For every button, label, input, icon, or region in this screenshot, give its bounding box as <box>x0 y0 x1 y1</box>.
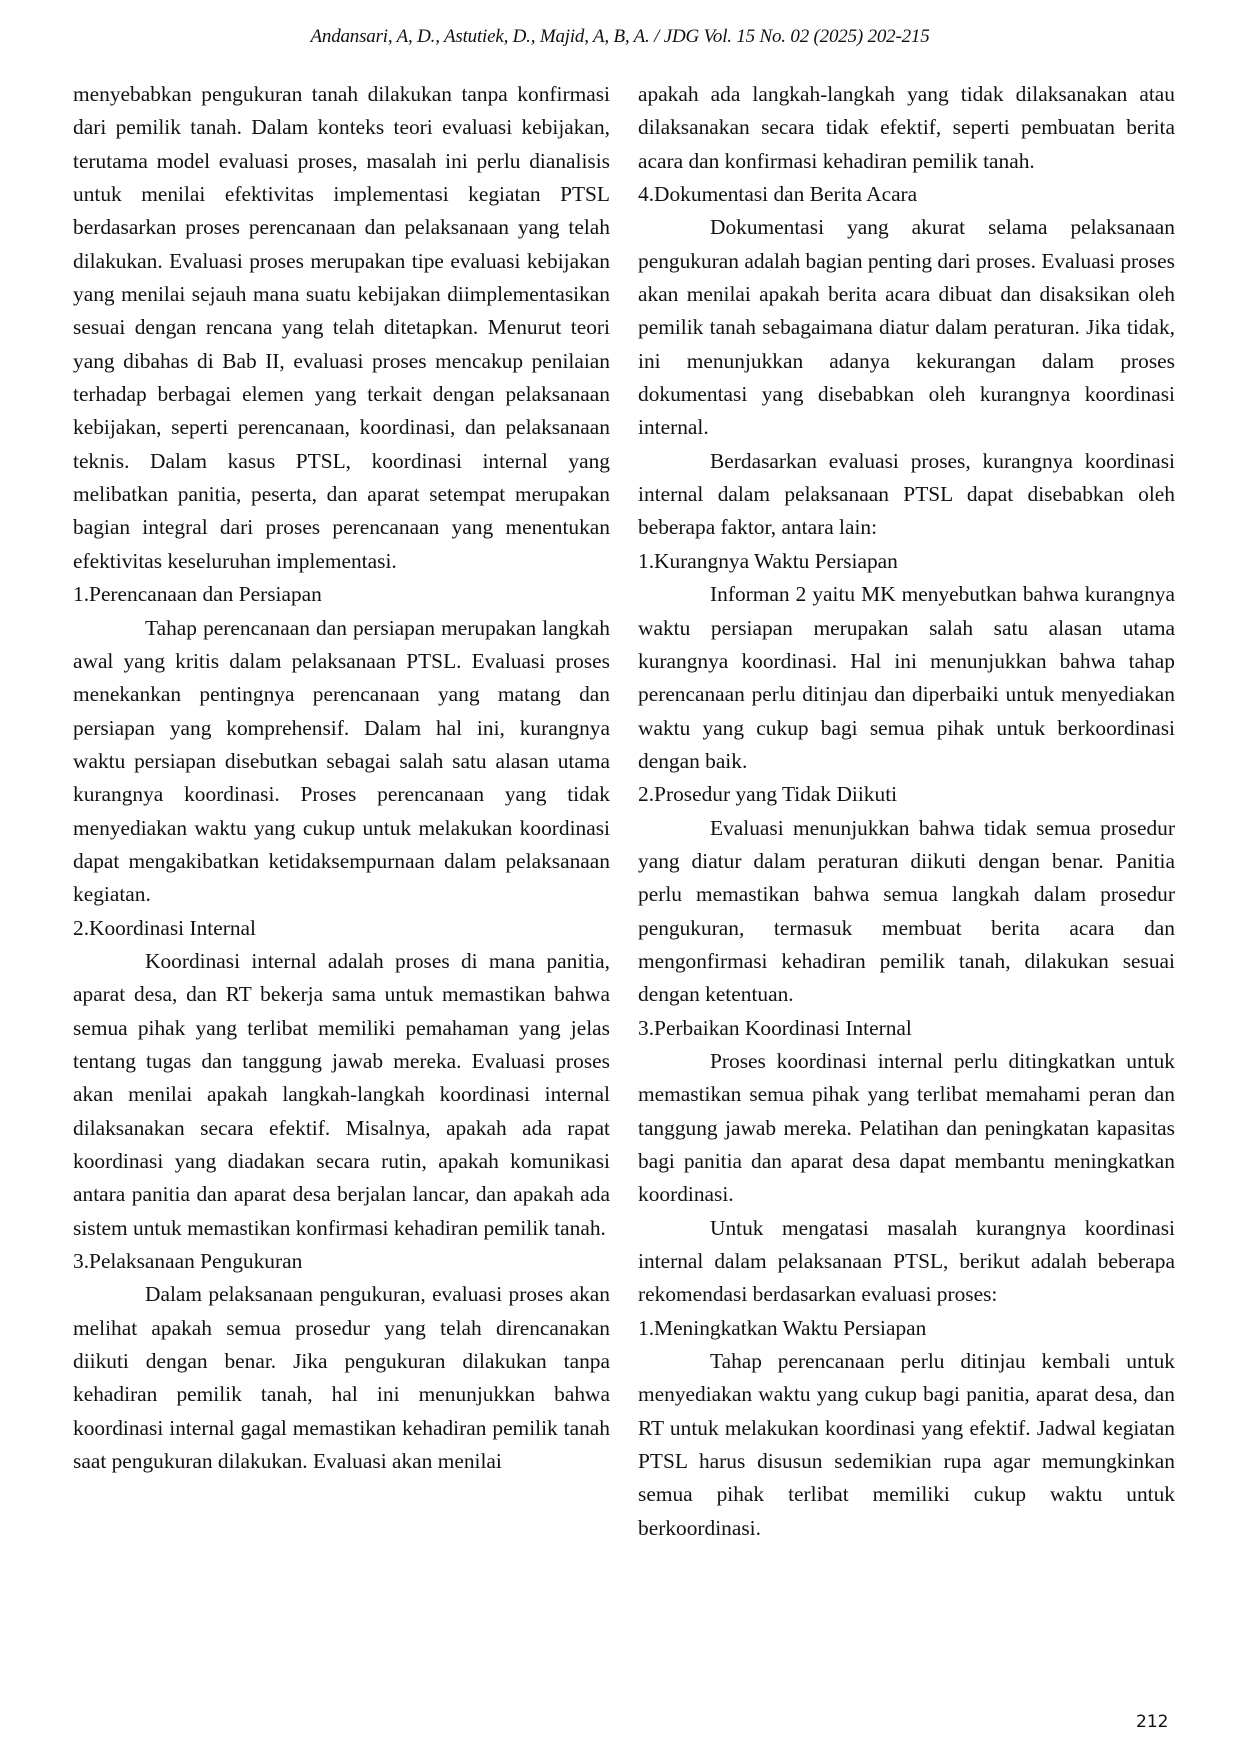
factor-heading-prosedur: 2.Prosedur yang Tidak Diikuti <box>638 778 1175 811</box>
paragraph-pengukuran-continued: apakah ada langkah-langkah yang tidak di… <box>638 78 1175 178</box>
recommendation-heading-waktu: 1.Meningkatkan Waktu Persiapan <box>638 1312 1175 1345</box>
section-heading-koordinasi: 2.Koordinasi Internal <box>73 912 610 945</box>
paragraph-dokumentasi: Dokumentasi yang akurat selama pelaksana… <box>638 211 1175 444</box>
section-heading-dokumentasi: 4.Dokumentasi dan Berita Acara <box>638 178 1175 211</box>
section-heading-pengukuran: 3.Pelaksanaan Pengukuran <box>73 1245 610 1278</box>
factor-heading-waktu: 1.Kurangnya Waktu Persiapan <box>638 545 1175 578</box>
paragraph-factor-perbaikan: Proses koordinasi internal perlu ditingk… <box>638 1045 1175 1212</box>
right-column: apakah ada langkah-langkah yang tidak di… <box>638 78 1175 1545</box>
page-number: 212 <box>1136 1712 1168 1732</box>
paragraph-factor-prosedur: Evaluasi menunjukkan bahwa tidak semua p… <box>638 812 1175 1012</box>
section-heading-perencanaan: 1.Perencanaan dan Persiapan <box>73 578 610 611</box>
paragraph-rekomendasi-intro: Untuk mengatasi masalah kurangnya koordi… <box>638 1212 1175 1312</box>
paragraph-factor-waktu: Informan 2 yaitu MK menyebutkan bahwa ku… <box>638 578 1175 778</box>
factor-heading-perbaikan: 3.Perbaikan Koordinasi Internal <box>638 1012 1175 1045</box>
paragraph-perencanaan: Tahap perencanaan dan persiapan merupaka… <box>73 612 610 912</box>
paragraph-koordinasi: Koordinasi internal adalah proses di man… <box>73 945 610 1245</box>
paragraph-continuation: menyebabkan pengukuran tanah dilakukan t… <box>73 78 610 578</box>
paragraph-pengukuran: Dalam pelaksanaan pengukuran, evaluasi p… <box>73 1278 610 1478</box>
paragraph-faktor-intro: Berdasarkan evaluasi proses, kurangnya k… <box>638 445 1175 545</box>
left-column: menyebabkan pengukuran tanah dilakukan t… <box>73 78 610 1478</box>
paragraph-recommendation-waktu: Tahap perencanaan perlu ditinjau kembali… <box>638 1345 1175 1545</box>
running-header: Andansari, A, D., Astutiek, D., Majid, A… <box>0 26 1240 48</box>
